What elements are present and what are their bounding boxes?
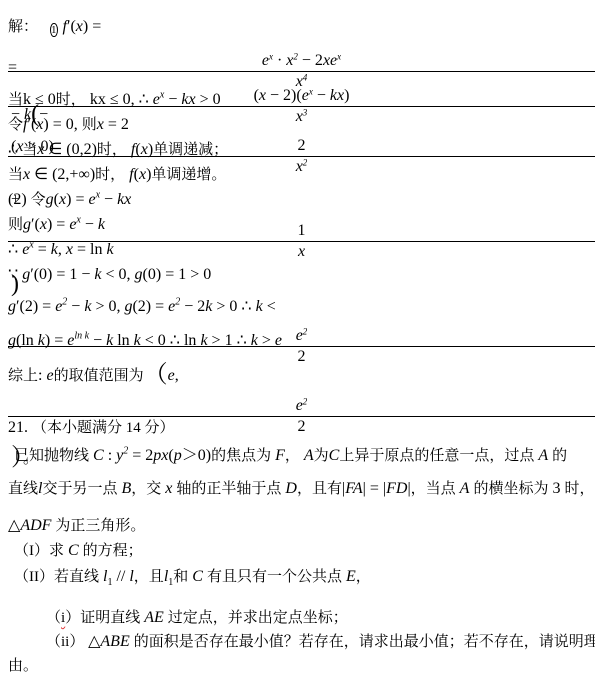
- math-variable: x: [298, 243, 305, 260]
- fraction: e22: [8, 326, 595, 367]
- text-segment: (2) =: [132, 298, 168, 315]
- text-segment: (2): [8, 191, 31, 208]
- part-II-line: （II）若直线 l1 // l，且l1和 C 有且只有一个公共点 E，: [8, 562, 595, 592]
- cjk-text: 综上: [8, 368, 38, 384]
- math-variable: p: [174, 447, 182, 464]
- fraction-numerator: e2: [8, 326, 595, 347]
- math-variable: k: [256, 298, 263, 315]
- superscript: 4: [303, 72, 308, 82]
- g-at-2-line: g′(2) = e2 − k > 0, g(2) = e2 − 2k > 0 ∴…: [8, 287, 595, 327]
- math-variable: e: [168, 367, 175, 384]
- math-variable: e: [296, 397, 303, 414]
- text-segment: ＞0): [182, 447, 211, 464]
- text-segment: −: [67, 298, 84, 315]
- solution-derivative-line: 解： 1f′(x) = ex · x2 − 2xexx4 − k(−2x2 + …: [8, 5, 595, 49]
- cjk-text: 的方程；: [83, 543, 143, 559]
- part-II-ii-continued-line: 由。: [8, 654, 595, 678]
- fraction-denominator: 2: [8, 417, 595, 437]
- text-segment: = 2: [128, 447, 153, 464]
- big-paren: ）: [11, 445, 23, 471]
- fraction-numerator: 1: [8, 221, 595, 242]
- cjk-text: （I）求: [14, 543, 64, 559]
- text-segment: //: [112, 568, 129, 585]
- math-variable: e: [262, 52, 269, 69]
- text-segment: ) =: [83, 18, 101, 35]
- math-variable: A: [304, 447, 314, 464]
- superscript: 2: [303, 327, 308, 337]
- fraction-denominator: x3: [8, 107, 595, 127]
- text-segment: ′(0) = 1 −: [30, 266, 94, 283]
- cjk-text: 轴的正半轴于点: [176, 481, 281, 497]
- cjk-text: 的横坐标为: [473, 481, 548, 497]
- text-segment: (0) = 1 > 0: [143, 266, 212, 283]
- fraction: (x − 2)(ex − kx)x3: [8, 86, 595, 127]
- cjk-text: 直线: [8, 481, 38, 497]
- cjk-text: 的面积是否存在最小值？若存在，请求出最小值；若不存在，请说明理: [134, 634, 595, 650]
- text-segment: − 2: [298, 52, 323, 69]
- math-variable: kx: [330, 87, 344, 104]
- math-variable: D: [285, 480, 297, 497]
- math-document-page: 解： 1f′(x) = ex · x2 − 2xexx4 − k(−2x2 + …: [0, 0, 595, 689]
- text-segment: 3: [548, 480, 564, 497]
- problem-21-statement-line-1: 已知抛物线 C : y2 = 2px(p＞0)的焦点为 F， A为C上异于原点的…: [8, 440, 595, 472]
- cjk-text: 已知抛物线: [14, 448, 89, 464]
- cjk-text: ，交: [131, 481, 161, 497]
- superscript: 2: [303, 397, 308, 407]
- math-variable: g: [22, 266, 30, 283]
- g-sign-line: ∵ g′(0) = 1 − k < 0, g(0) = 1 > 0: [8, 262, 595, 287]
- text-segment: < 0,: [102, 266, 135, 283]
- big-paren: （: [144, 362, 168, 388]
- math-variable: kx: [117, 191, 131, 208]
- text-segment: ,: [175, 367, 179, 384]
- text-segment: :: [104, 447, 116, 464]
- cjk-text: 解：: [8, 19, 38, 35]
- math-variable: B: [121, 480, 131, 497]
- math-variable: C: [192, 568, 203, 585]
- text-segment: 1: [298, 222, 306, 239]
- fraction-denominator: 2: [8, 347, 595, 367]
- cjk-text: 上异于原点的任意一点，过点: [339, 448, 534, 464]
- text-segment: △: [8, 517, 20, 534]
- cjk-text: 交于另一点: [42, 481, 117, 497]
- math-variable: e: [302, 87, 309, 104]
- cjk-text: 有且只有一个公共点: [207, 569, 342, 585]
- math-variable: AE: [144, 609, 164, 626]
- cjk-text: 和: [173, 569, 188, 585]
- math-variable: px: [153, 447, 168, 464]
- text-segment: ′(2) =: [16, 298, 55, 315]
- cjk-text: 时，: [564, 481, 594, 497]
- text-segment: | = |: [363, 480, 386, 497]
- cjk-text: 的: [552, 448, 567, 464]
- problem-21-statement-line-2: 直线l交于另一点 B，交 x 轴的正半轴于点 D，且有|FA| = |FD|，当…: [8, 472, 595, 506]
- cjk-text: ）证明直线: [65, 610, 140, 626]
- text-segment: ): [344, 87, 349, 104]
- part-II-ii-line: （ii） △ABE 的面积是否存在最小值？若存在，请求出最小值；若不存在，请说明…: [8, 630, 595, 654]
- fraction-numerator: e2: [8, 396, 595, 417]
- cjk-text: ，且: [134, 569, 164, 585]
- problem-21-statement-line-3: △ADF 为正三角形。: [8, 512, 595, 540]
- superscript: 3: [303, 107, 308, 117]
- math-variable: e: [88, 191, 95, 208]
- fraction: 1x: [8, 221, 595, 262]
- math-variable: C: [68, 542, 79, 559]
- part-I-line: （I）求 C 的方程；: [8, 540, 595, 562]
- cjk-text: 令: [31, 192, 46, 208]
- cjk-text: 的取值范围为: [54, 368, 144, 384]
- math-variable: C: [329, 447, 340, 464]
- part-II-i-line: （i）证明直线 AE 过定点，并求出定点坐标；: [8, 606, 595, 630]
- math-variable: g: [46, 191, 54, 208]
- text-segment: [38, 18, 42, 35]
- text-segment: > 0 ∴: [212, 298, 255, 315]
- text-segment: 2: [298, 348, 306, 365]
- math-variable: FD: [386, 480, 407, 497]
- text-segment: − 2)(: [266, 87, 302, 104]
- text-segment: △: [88, 633, 100, 650]
- cjk-text: 为正三角形。: [55, 518, 145, 534]
- cjk-text: ，: [356, 569, 371, 585]
- fraction-numerator: (x − 2)(ex − kx): [8, 86, 595, 107]
- text-segment: −: [313, 87, 330, 104]
- math-variable: FA: [345, 480, 362, 497]
- text-segment: ) =: [66, 191, 88, 208]
- cjk-text: 由。: [8, 658, 38, 674]
- text-segment: ′(: [67, 18, 76, 35]
- math-variable: A: [538, 447, 548, 464]
- math-variable: e: [46, 367, 53, 384]
- math-variable: E: [346, 568, 356, 585]
- cjk-text: 的焦点为: [211, 448, 271, 464]
- text-segment: <: [263, 298, 276, 315]
- math-variable: k: [94, 266, 101, 283]
- math-variable: ADF: [20, 517, 51, 534]
- cjk-text: （ii）: [46, 634, 88, 650]
- math-variable: x: [296, 158, 303, 175]
- cjk-text: ，当点: [411, 481, 456, 497]
- math-variable: C: [93, 447, 104, 464]
- fraction-denominator: x2: [8, 157, 595, 177]
- math-variable: g: [8, 298, 16, 315]
- math-variable: g: [135, 266, 143, 283]
- math-variable: x: [259, 87, 266, 104]
- text-segment: − 2: [180, 298, 205, 315]
- big-paren: ): [11, 271, 19, 297]
- superscript: 2: [303, 157, 308, 167]
- math-variable: e: [296, 327, 303, 344]
- text-segment: ·: [273, 52, 286, 69]
- math-variable: F: [275, 447, 285, 464]
- text-segment: 2: [298, 418, 306, 435]
- text-segment: −: [100, 191, 117, 208]
- fraction-denominator: x: [8, 242, 595, 262]
- part2-define-g-line: (2) 令g(x) = ex − kx: [8, 187, 595, 212]
- superscript: x: [337, 51, 341, 61]
- fraction: e22: [8, 396, 595, 437]
- circled-number: 1: [50, 23, 58, 37]
- math-variable: ABE: [100, 633, 129, 650]
- cjk-text: ，: [285, 448, 300, 464]
- fraction-numerator: 2: [8, 136, 595, 157]
- fraction-numerator: ex · x2 − 2xex: [8, 51, 595, 72]
- math-variable: xe: [323, 52, 337, 69]
- cjk-text: （II）若直线: [14, 569, 99, 585]
- cjk-text: ，且有: [297, 481, 342, 497]
- fraction: 2x2: [8, 136, 595, 177]
- text-segment: > 0,: [91, 298, 124, 315]
- math-variable: A: [460, 480, 470, 497]
- math-variable: x: [76, 18, 83, 35]
- cjk-text: 为: [314, 448, 329, 464]
- math-variable: x: [296, 108, 303, 125]
- cjk-text: （: [46, 610, 61, 626]
- text-segment: 2: [298, 137, 306, 154]
- cjk-text: 过定点，并求出定点坐标；: [168, 610, 348, 626]
